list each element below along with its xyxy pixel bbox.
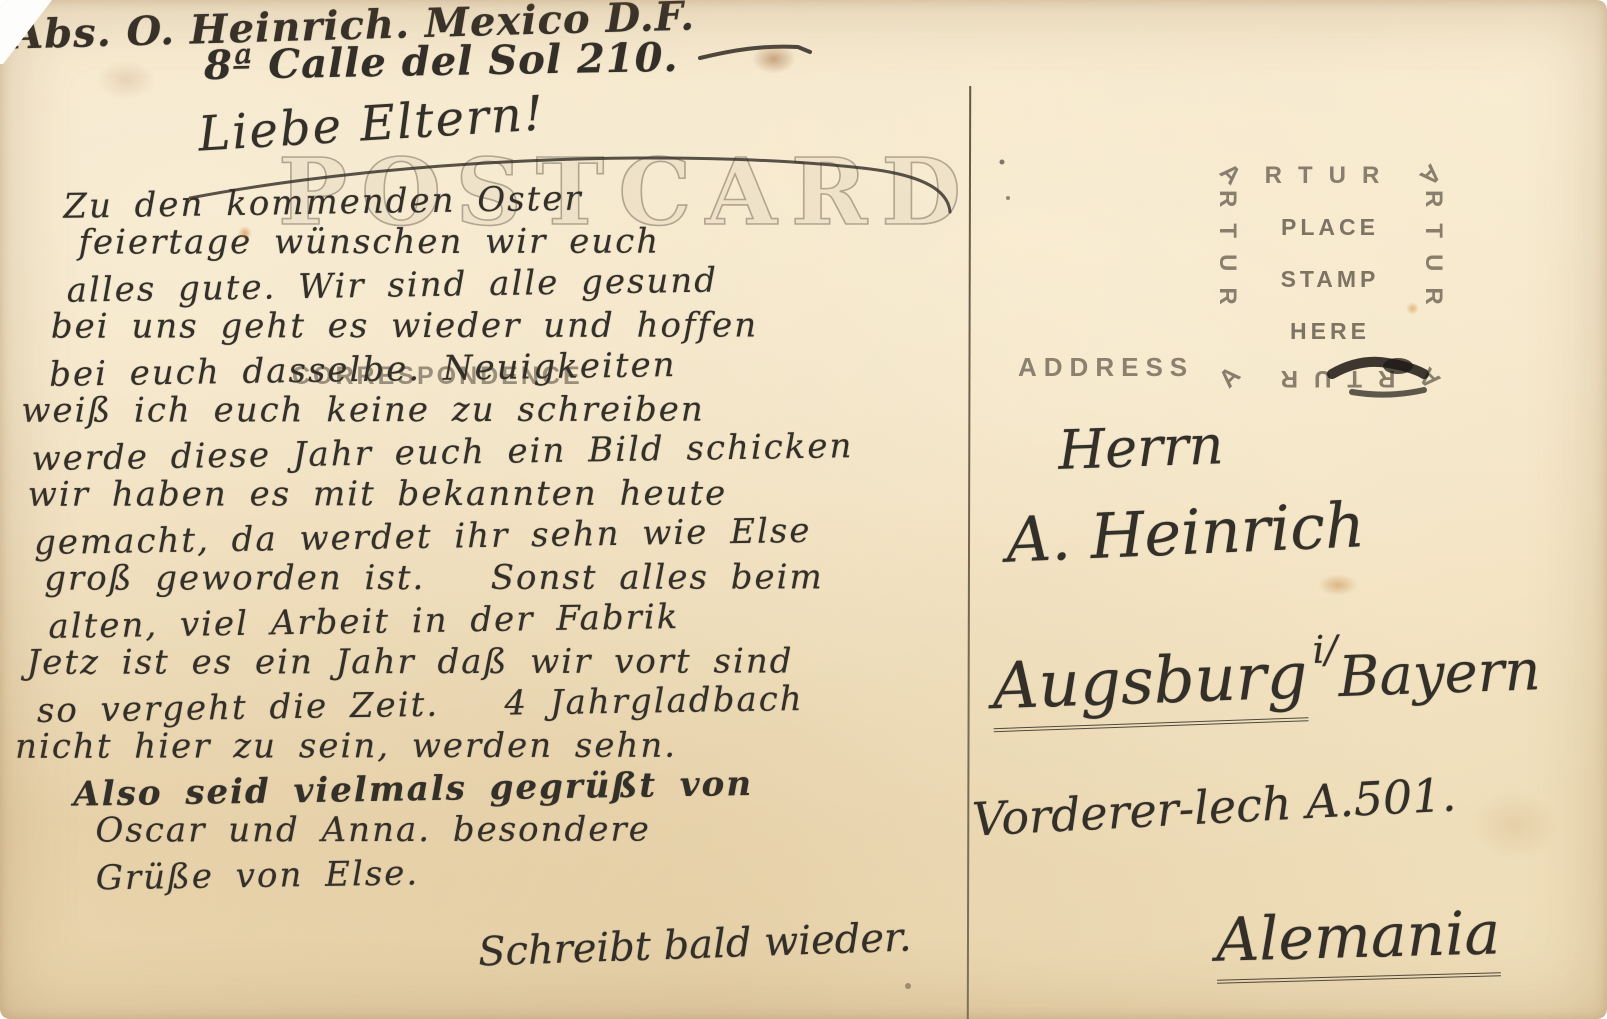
address-country: Alemania (1215, 898, 1501, 983)
address-city-line: Augsburgi/Bayern (970, 612, 1542, 744)
age-spot (96, 60, 156, 100)
pen-dash (700, 47, 810, 58)
address-label: ADDRESS (1018, 352, 1194, 383)
place-stamp-here-line: STAMP (1213, 266, 1447, 293)
stamp-frame-top-word: RTUR (1265, 164, 1396, 188)
address-recipient-name: A. Heinrich (1005, 488, 1367, 577)
message-line: alles gute. Wir sind alle gesund (66, 257, 939, 313)
stamp-frame-corner-letter: A (1215, 159, 1245, 189)
stamp-frame-corner-letter: A (1415, 159, 1445, 189)
ink-speck (905, 983, 911, 989)
age-spot (1318, 574, 1358, 596)
address-region: Bayern (1337, 638, 1541, 710)
message-line: Oscar und Anna. besondere (96, 809, 942, 852)
address-region-prefix: i/ (1312, 627, 1338, 672)
ink-speck (1006, 196, 1010, 200)
place-stamp-here: PLACE STAMP HERE (1213, 214, 1447, 370)
age-spot (1470, 790, 1560, 860)
address-city: Augsburg (991, 639, 1309, 732)
place-stamp-here-line: PLACE (1213, 214, 1447, 241)
age-spot (752, 44, 796, 74)
message-body: Zu den kommenden Osterfeiertage wünschen… (8, 178, 942, 897)
message-line: Grüße von Else. (95, 845, 942, 900)
ink-speck (1000, 160, 1005, 165)
address-recipient-title: Herrn (1057, 413, 1225, 482)
postcard-back: POST CARD CORRESPONDENCE ADDRESS RTUR RT… (0, 0, 1607, 1019)
sender-line-2: 8ª Calle del Sol 210. (204, 34, 679, 89)
stamp-box: RTUR RTUR RTUR RTUR A A A A PLACE STAMP … (1213, 158, 1447, 392)
place-stamp-here-line: HERE (1213, 318, 1447, 345)
message-closing: Schreibt bald wieder. (477, 914, 912, 975)
address-street: Vorderer-lech A.501. (971, 767, 1457, 846)
